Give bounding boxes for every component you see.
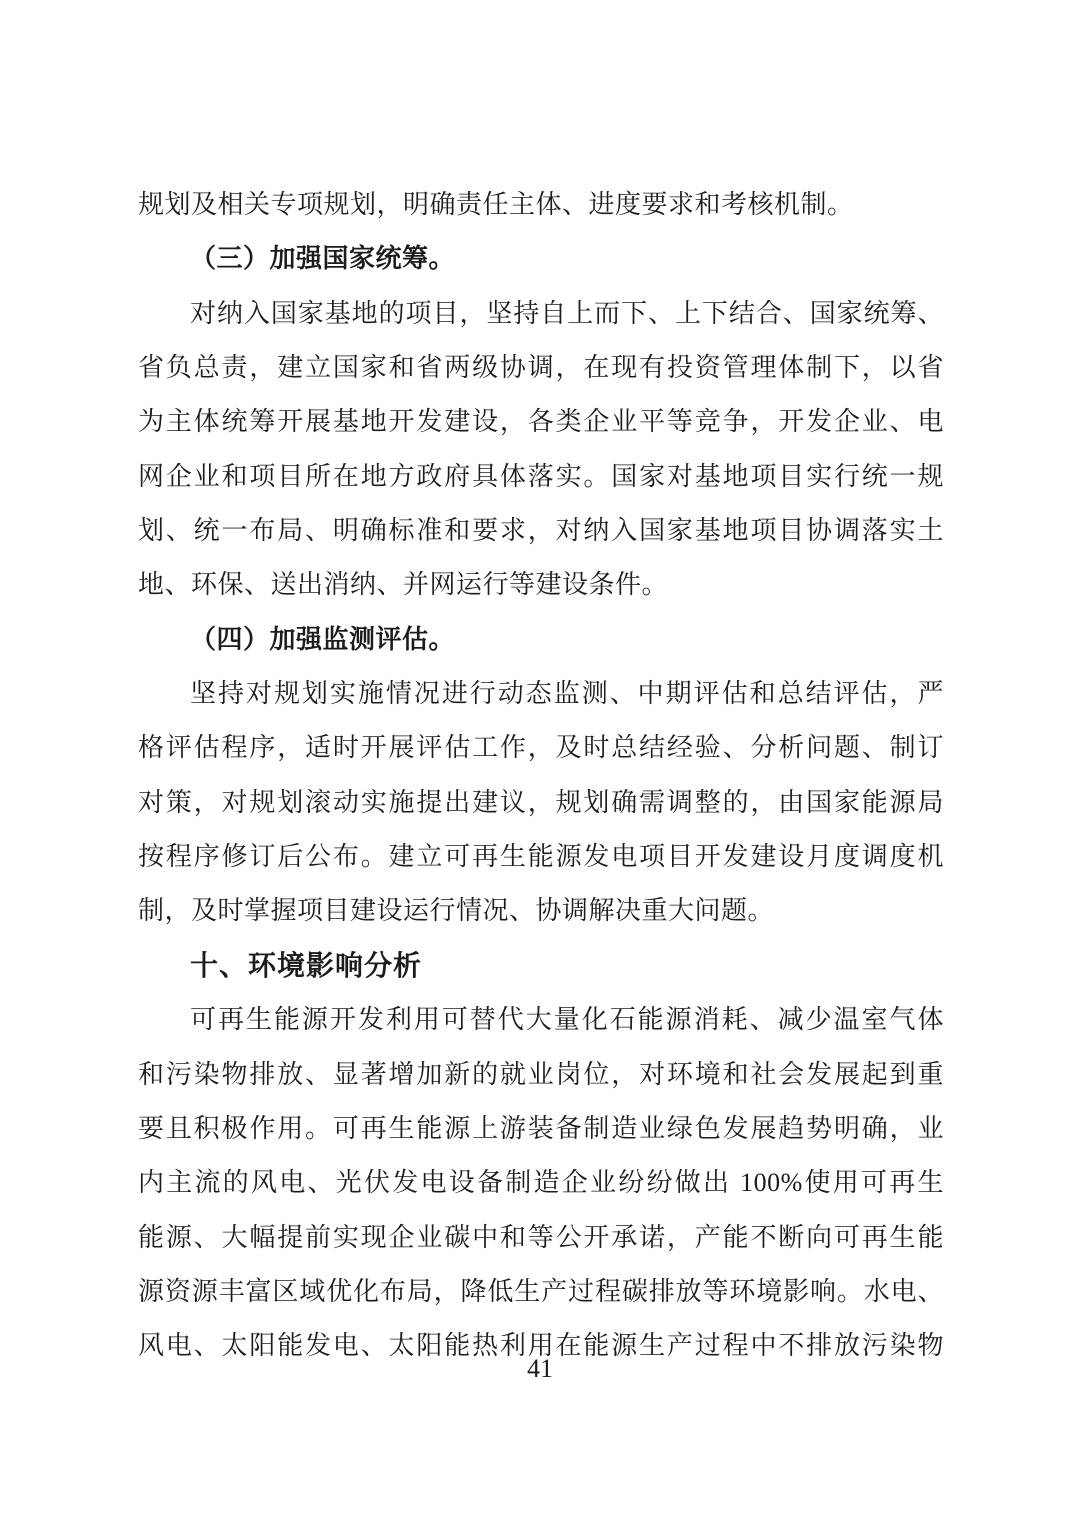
paragraph-line: 要且积极作用。可再生能源上游装备制造业绿色发展趋势明确，业 (138, 1102, 944, 1156)
paragraph-line: 对纳入国家基地的项目，坚持自上而下、上下结合、国家统筹、 (138, 287, 944, 341)
document-text-block: 规划及相关专项规划，明确责任主体、进度要求和考核机制。（三）加强国家统筹。对纳入… (138, 178, 944, 1374)
paragraph-line: 对策，对规划滚动实施提出建议，规划确需调整的，由国家能源局 (138, 776, 944, 830)
paragraph-line: 省负总责，建立国家和省两级协调，在现有投资管理体制下，以省 (138, 341, 944, 395)
section-heading: （三）加强国家统筹。 (138, 232, 944, 286)
paragraph-line: 制，及时掌握项目建设运行情况、协调解决重大问题。 (138, 884, 944, 938)
page-number: 41 (0, 1352, 1080, 1386)
paragraph-line: 源资源丰富区域优化布局，降低生产过程碳排放等环境影响。水电、 (138, 1265, 944, 1319)
paragraph-line: 内主流的风电、光伏发电设备制造企业纷纷做出 100%使用可再生 (138, 1156, 944, 1210)
document-page: 规划及相关专项规划，明确责任主体、进度要求和考核机制。（三）加强国家统筹。对纳入… (0, 0, 1080, 1527)
paragraph-line: 格评估程序，适时开展评估工作，及时总结经验、分析问题、制订 (138, 721, 944, 775)
paragraph-line: 可再生能源开发利用可替代大量化石能源消耗、减少温室气体 (138, 993, 944, 1047)
paragraph-line: 网企业和项目所在地方政府具体落实。国家对基地项目实行统一规 (138, 450, 944, 504)
paragraph-line: 规划及相关专项规划，明确责任主体、进度要求和考核机制。 (138, 178, 944, 232)
paragraph-line: 按程序修订后公布。建立可再生能源发电项目开发建设月度调度机 (138, 830, 944, 884)
section-heading: （四）加强监测评估。 (138, 613, 944, 667)
paragraph-line: 和污染物排放、显著增加新的就业岗位，对环境和社会发展起到重 (138, 1048, 944, 1102)
paragraph-line: 坚持对规划实施情况进行动态监测、中期评估和总结评估，严 (138, 667, 944, 721)
paragraph-line: 能源、大幅提前实现企业碳中和等公开承诺，产能不断向可再生能 (138, 1211, 944, 1265)
paragraph-line: 为主体统筹开展基地开发建设，各类企业平等竞争，开发企业、电 (138, 395, 944, 449)
chapter-heading: 十、环境影响分析 (138, 939, 944, 993)
paragraph-line: 地、环保、送出消纳、并网运行等建设条件。 (138, 558, 944, 612)
paragraph-line: 划、统一布局、明确标准和要求，对纳入国家基地项目协调落实土 (138, 504, 944, 558)
